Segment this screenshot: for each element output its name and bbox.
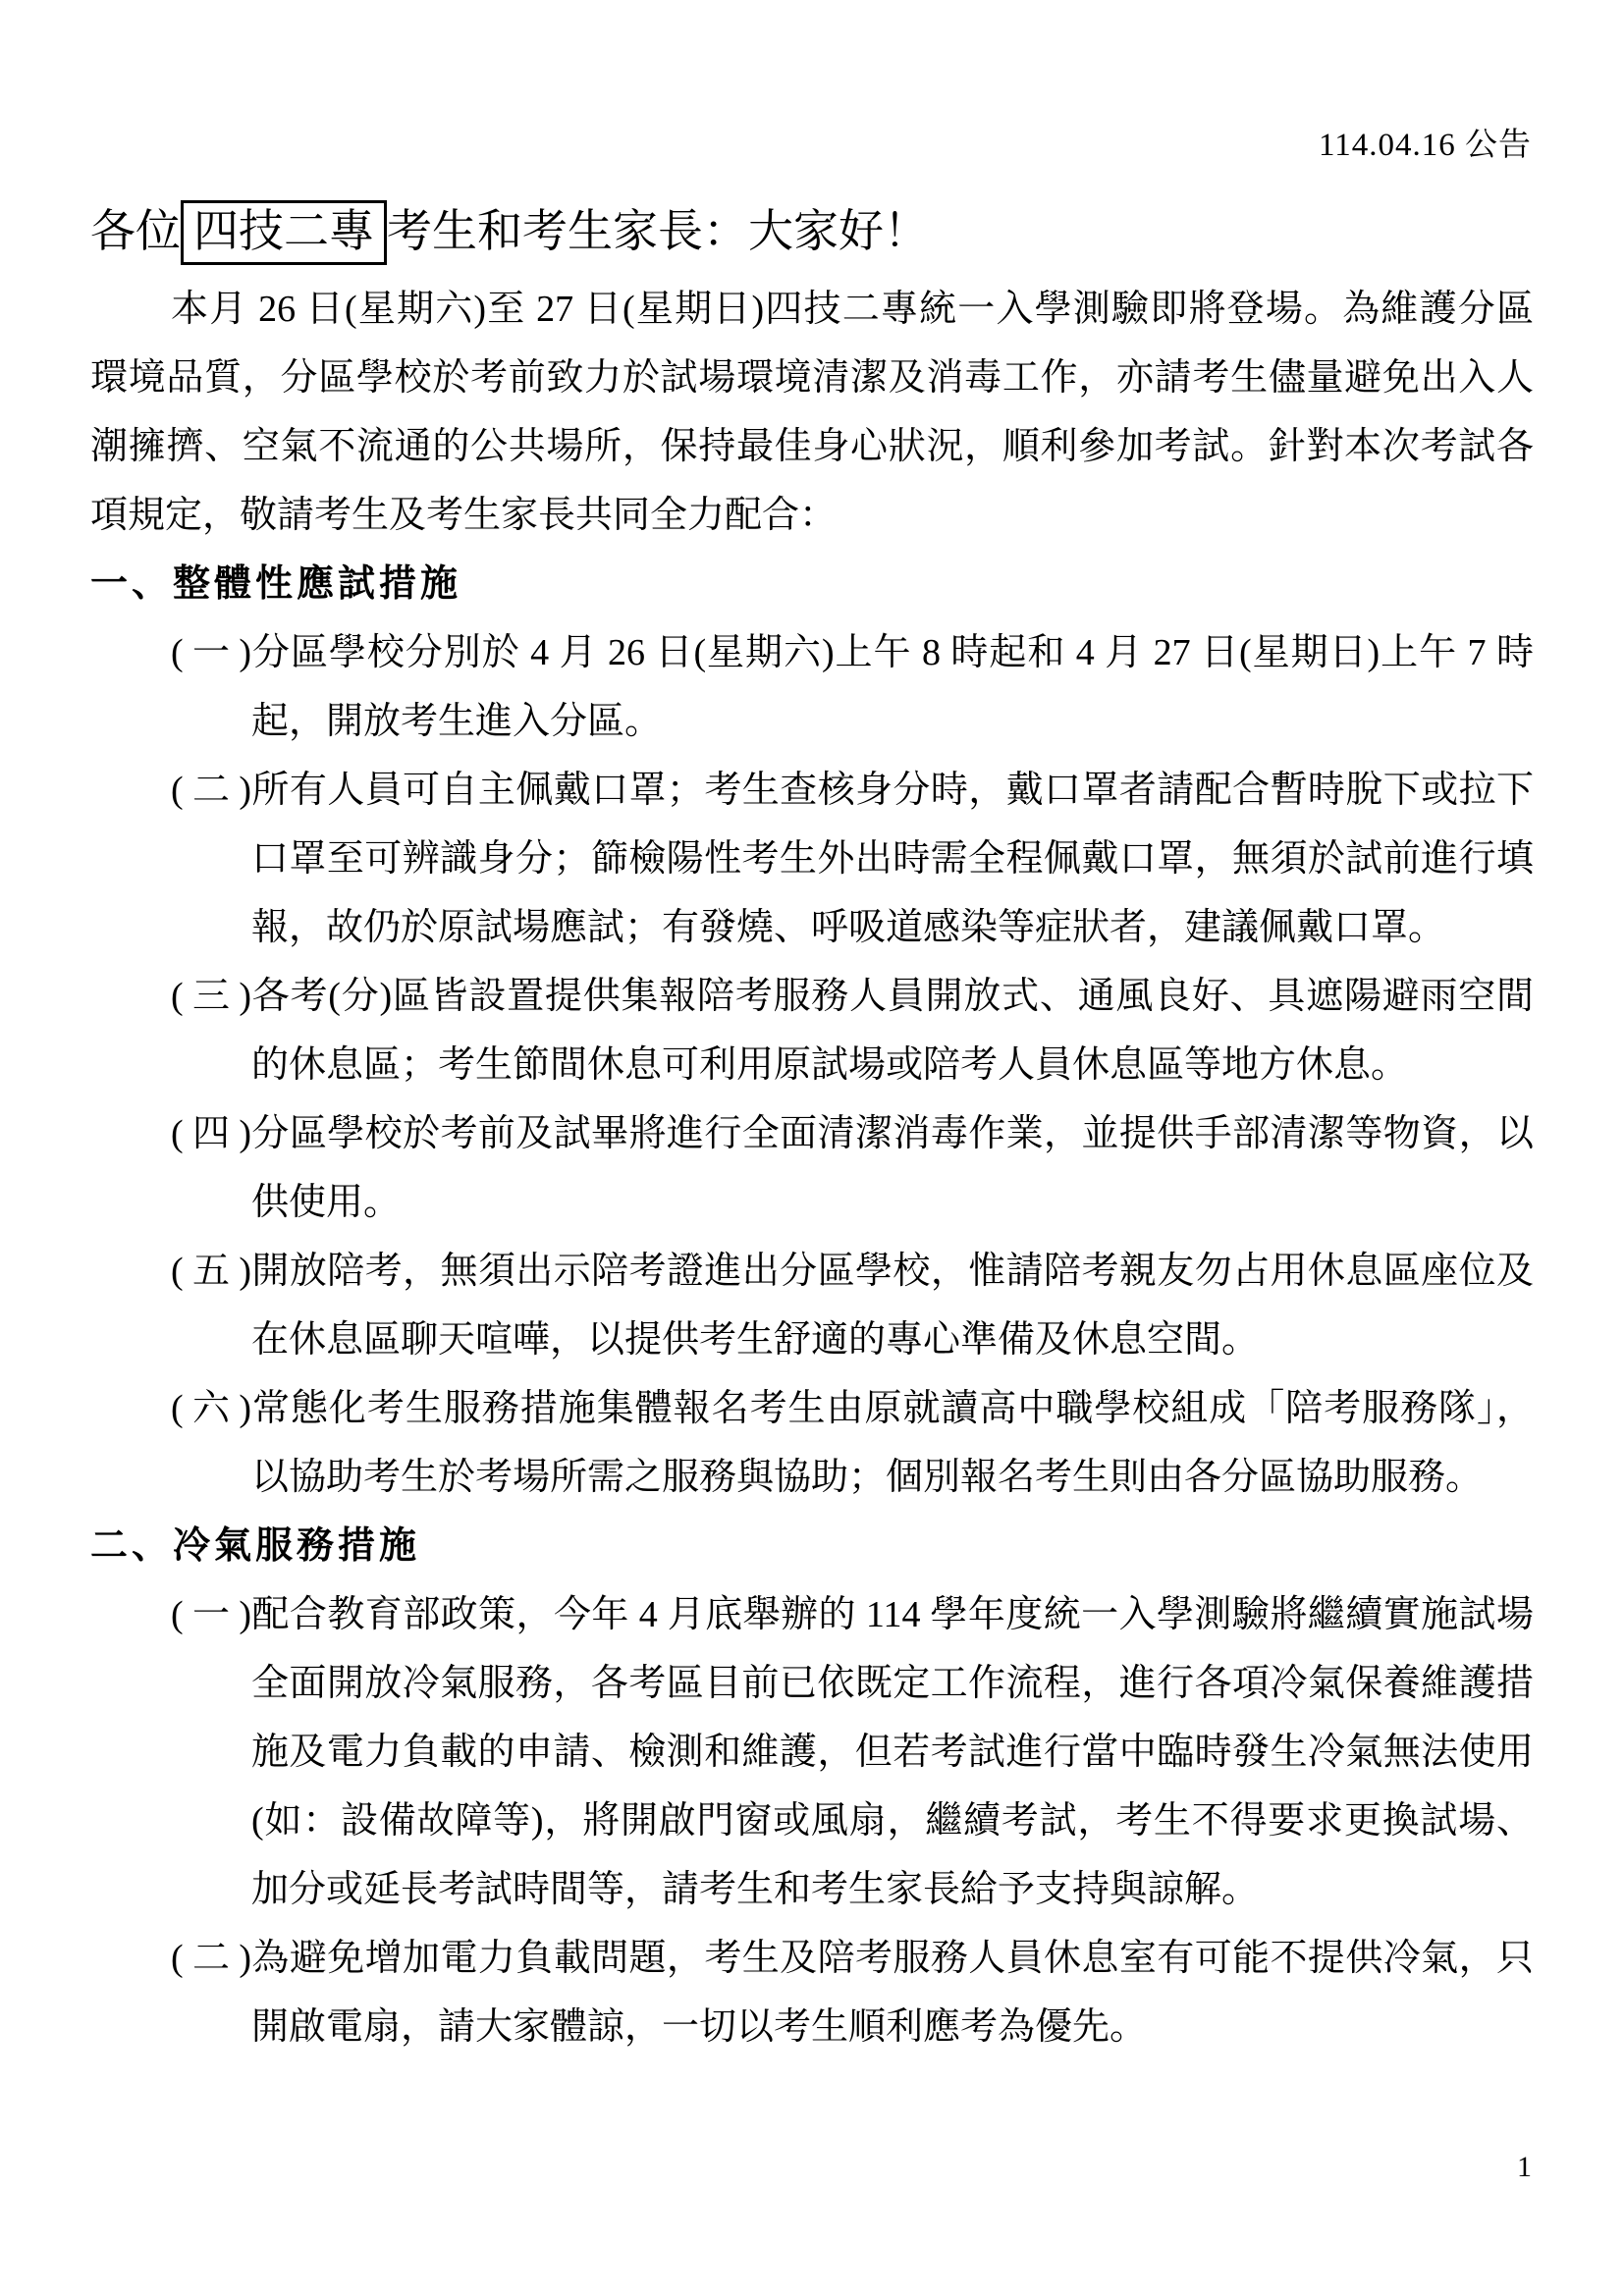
list-item-text: 配合教育部政策，今年 4 月底舉辦的 114 學年度統一入學測驗將繼續實施試場 [251,1594,1534,1635]
list-item-marker: (二) [171,1924,251,1993]
announcement-date-note: 114.04.16 公告 [90,124,1532,167]
list-item-marker: (一) [171,618,251,687]
list-item-text: 常態化考生服務措施集體報名考生由原就讀高中職學校組成「陪考服務隊」， [251,1388,1534,1429]
text-line: 開啟電扇，請大家體諒，一切以考生順利應考為優先。 [90,1993,1534,2061]
text-line: 施及電力負載的申請、檢測和維護，但若考試進行當中臨時發生冷氣無法使用 [90,1718,1534,1787]
text-line: 加分或延長考試時間等，請考生和考生家長給予支持與諒解。 [90,1855,1534,1924]
list-item-line: (一)配合教育部政策，今年 4 月底舉辦的 114 學年度統一入學測驗將繼續實施… [90,1580,1534,1649]
text-line: (如：設備故障等)，將開啟門窗或風扇，繼續考試，考生不得要求更換試場、 [90,1787,1534,1855]
list-item-marker: (一) [171,1580,251,1649]
section-heading: 二、冷氣服務措施 [90,1512,1534,1580]
list-item-text: 分區學校於考前及試畢將進行全面清潔消毒作業，並提供手部清潔等物資，以 [251,1113,1534,1154]
list-item-line: (二)所有人員可自主佩戴口罩；考生查核身分時，戴口罩者請配合暫時脫下或拉下 [90,756,1534,825]
title-boxed-term: 四技二專 [181,200,387,265]
list-item-text: 開放陪考，無須出示陪考證進出分區學校，惟請陪考親友勿占用休息區座位及 [251,1251,1534,1292]
list-item-line: (三)各考(分)區皆設置提供集報陪考服務人員開放式、通風良好、具遮陽避雨空間 [90,962,1534,1031]
list-item-line: (六)常態化考生服務措施集體報名考生由原就讀高中職學校組成「陪考服務隊」， [90,1374,1534,1443]
list-item-text: 分區學校分別於 4 月 26 日(星期六)上午 8 時起和 4 月 27 日(星… [251,632,1534,673]
list-item-line: (五)開放陪考，無須出示陪考證進出分區學校，惟請陪考親友勿占用休息區座位及 [90,1237,1534,1306]
list-item-line: (一)分區學校分別於 4 月 26 日(星期六)上午 8 時起和 4 月 27 … [90,618,1534,687]
announcement-page: 114.04.16 公告 各位四技二專考生和考生家長：大家好！ 本月 26 日(… [0,0,1624,2296]
list-item-marker: (三) [171,962,251,1031]
text-line: 口罩至可辨識身分；篩檢陽性考生外出時需全程佩戴口罩，無須於試前進行填 [90,825,1534,893]
text-line: 供使用。 [90,1168,1534,1237]
list-item-text: 所有人員可自主佩戴口罩；考生查核身分時，戴口罩者請配合暫時脫下或拉下 [251,770,1534,811]
list-item-line: (二)為避免增加電力負載問題，考生及陪考服務人員休息室有可能不提供冷氣，只 [90,1924,1534,1993]
section-heading: 一、整體性應試措施 [90,550,1534,618]
text-line: 本月 26 日(星期六)至 27 日(星期日)四技二專統一入學測驗即將登場。為維… [90,275,1534,344]
list-item-line: (四)分區學校於考前及試畢將進行全面清潔消毒作業，並提供手部清潔等物資，以 [90,1099,1534,1168]
list-item-marker: (五) [171,1237,251,1306]
text-line: 的休息區；考生節間休息可利用原試場或陪考人員休息區等地方休息。 [90,1031,1534,1099]
text-line: 全面開放冷氣服務，各考區目前已依既定工作流程，進行各項冷氣保養維護措 [90,1649,1534,1718]
list-item-marker: (二) [171,756,251,825]
text-line: 項規定，敬請考生及考生家長共同全力配合： [90,481,1534,550]
list-item-text: 各考(分)區皆設置提供集報陪考服務人員開放式、通風良好、具遮陽避雨空間 [251,976,1534,1017]
title-prefix: 各位 [90,206,181,256]
text-line: 環境品質，分區學校於考前致力於試場環境清潔及消毒工作，亦請考生儘量避免出入人 [90,344,1534,412]
text-line: 起，開放考生進入分區。 [90,687,1534,756]
text-line: 在休息區聊天喧嘩，以提供考生舒適的專心準備及休息空間。 [90,1306,1534,1374]
document-body: 本月 26 日(星期六)至 27 日(星期日)四技二專統一入學測驗即將登場。為維… [90,275,1534,2061]
list-item-marker: (四) [171,1099,251,1168]
page-number: 1 [90,2146,1532,2189]
text-line: 報，故仍於原試場應試；有發燒、呼吸道感染等症狀者，建議佩戴口罩。 [90,893,1534,962]
list-item-marker: (六) [171,1374,251,1443]
text-line: 潮擁擠、空氣不流通的公共場所，保持最佳身心狀況，順利參加考試。針對本次考試各 [90,412,1534,481]
list-item-text: 為避免增加電力負載問題，考生及陪考服務人員休息室有可能不提供冷氣，只 [251,1938,1534,1979]
page-title: 各位四技二專考生和考生家長：大家好！ [90,194,1534,269]
title-suffix: 考生和考生家長：大家好！ [387,206,929,256]
text-line: 以協助考生於考場所需之服務與協助；個別報名考生則由各分區協助服務。 [90,1443,1534,1512]
